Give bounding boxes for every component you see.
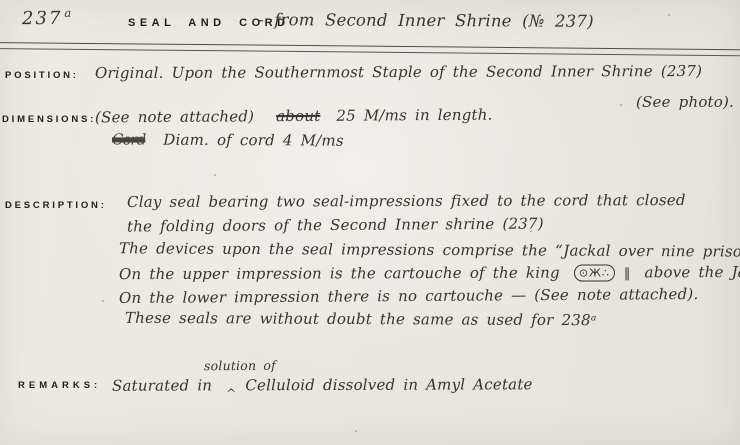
remarks-line-1: Saturated in ^ Celluloid dissolved in Am… [112,375,533,394]
dimensions-label: DIMENSIONS: [2,114,96,125]
cartouche-sketch: ⊙Ж∴ [574,264,615,281]
dimensions-struck-word: about [276,107,320,125]
description-label: DESCRIPTION: [5,200,107,211]
object-number: 237a [22,8,71,29]
description-line-2: the folding doors of the Second Inner sh… [127,215,544,236]
description-line-4: On the upper impression is the cartouche… [119,263,740,283]
dimensions-line-1: (See note attached) about 25 M/ms in len… [95,106,493,127]
description-line4-after: above the Jackal [644,263,740,281]
description-line-6: These seals are without doubt the same a… [125,309,597,329]
remarks-label: REMARKS: [18,380,101,391]
position-line-2: (See photo). [636,93,734,111]
dimensions-line2-text: Diam. of cord 4 M/ms [163,131,344,150]
dimensions-line1-measure: 25 M/ms in length. [336,106,492,125]
dimensions-line-2: Cord Diam. of cord 4 M/ms [112,130,344,149]
record-card: 237a SEAL AND CORD - from Second Inner S… [0,0,740,445]
insertion-caret: ^ [226,386,236,400]
paper-speck [668,14,670,16]
description-line4-text: On the upper impression is the cartouche… [119,264,560,284]
remarks-line1-end: Celluloid dissolved in Amyl Acetate [245,375,532,394]
object-number-suffix: a [64,6,73,20]
description-line-1: Clay seal bearing two seal-impressions f… [127,191,686,211]
dimensions-scribbled-word: Cord [112,130,145,148]
position-line-1: Original. Upon the Southernmost Staple o… [95,62,702,82]
header-divider [0,42,740,56]
remarks-line1-start: Saturated in [112,376,212,394]
remarks-insertion: solution of [204,358,276,374]
paper-speck [102,300,104,302]
description-line-5: On the lower impression there is no cart… [119,285,699,307]
description-line-3: The devices upon the seal impressions co… [119,239,740,260]
paper-speck [355,430,357,432]
cartouche-tail-mark: ‖ [624,266,631,281]
title-handwritten: - from Second Inner Shrine (№ 237) [258,10,594,31]
object-number-value: 237 [22,8,63,29]
paper-speck [620,104,622,106]
dimensions-line1-text: (See note attached) [95,107,254,126]
paper-speck [214,174,216,176]
paper-speck [530,230,532,232]
position-label: POSITION: [5,70,79,81]
